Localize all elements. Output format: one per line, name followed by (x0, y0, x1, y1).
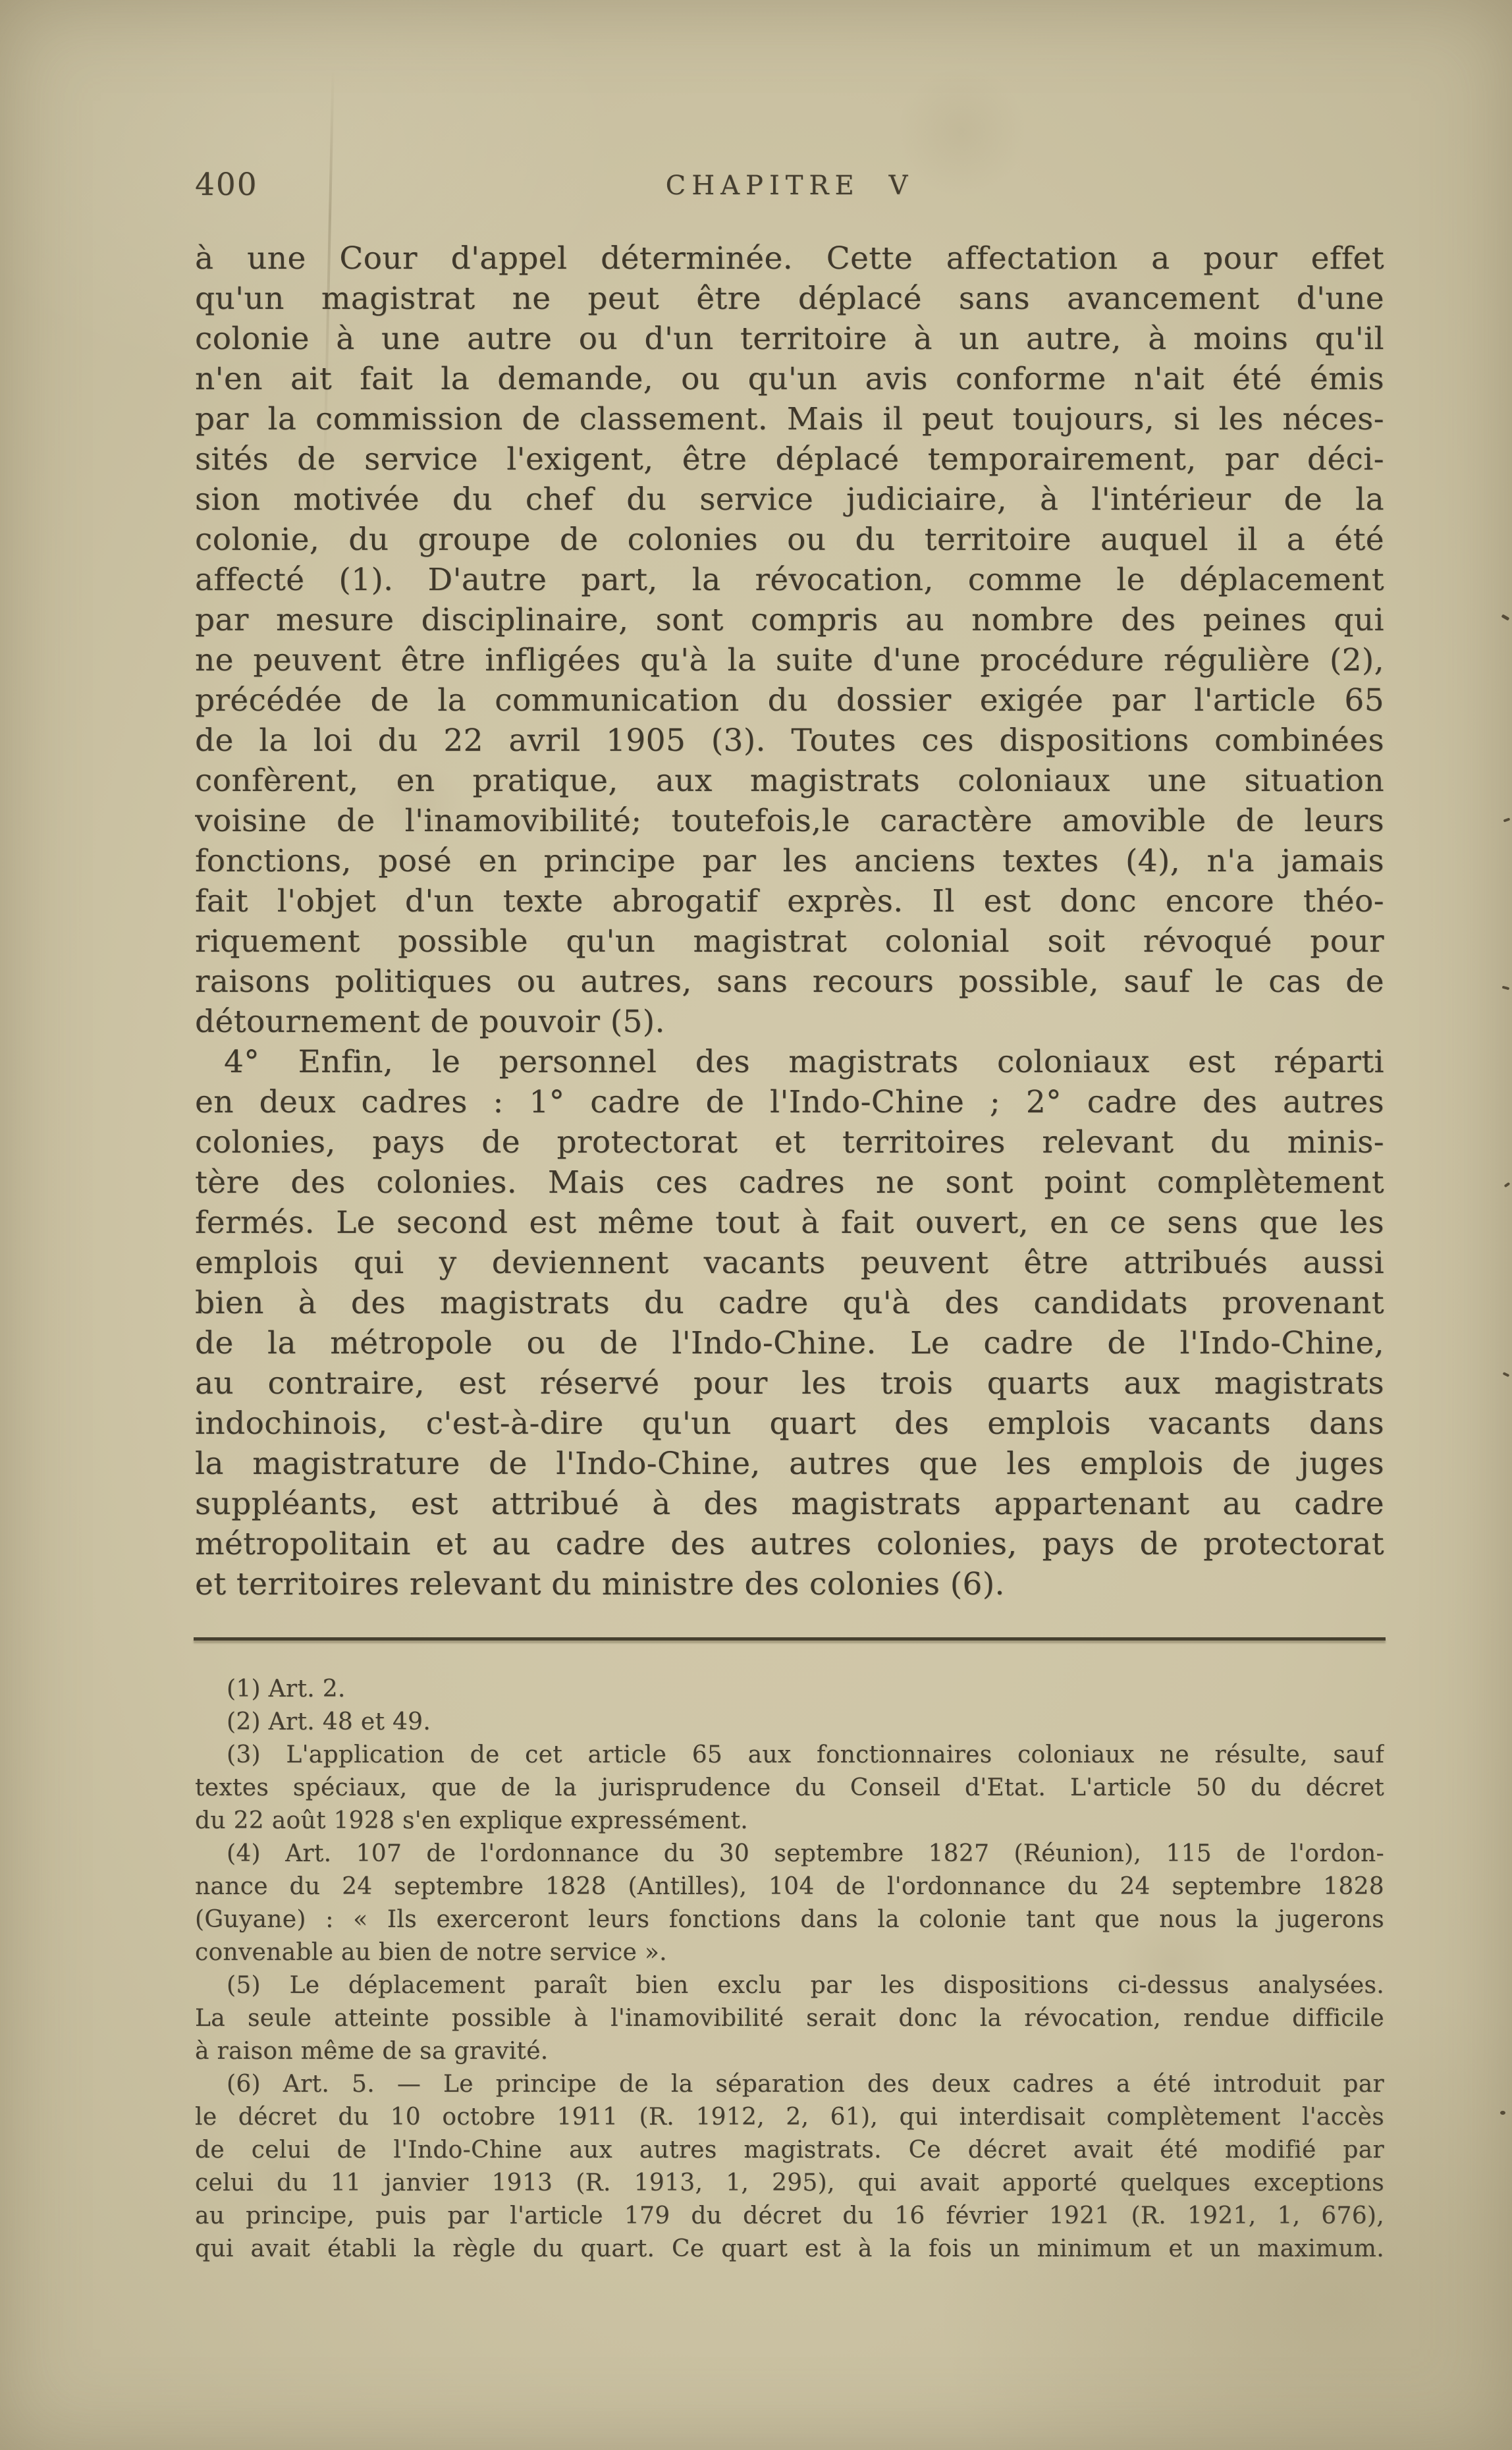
text-line: 4° Enfin, le personnel des magistrats co… (195, 1042, 1384, 1082)
footnotes-list: (1) Art. 2.(2) Art. 48 et 49.(3) L'appli… (195, 1673, 1384, 2266)
scan-speck (1502, 986, 1510, 991)
text-line: (2) Art. 48 et 49. (195, 1706, 1384, 1739)
text-line: fermés. Le second est même tout à fait o… (195, 1203, 1384, 1243)
text-line: qui avait établi la règle du quart. Ce q… (195, 2233, 1384, 2266)
text-line: riquement possible qu'un magistrat colon… (195, 921, 1384, 962)
text-line: de celui de l'Indo-Chine aux autres magi… (195, 2134, 1384, 2167)
text-line: au principe, puis par l'article 179 du d… (195, 2200, 1384, 2233)
text-line: colonie, du groupe de colonies ou du ter… (195, 520, 1384, 560)
text-line: fonctions, posé en principe par les anci… (195, 841, 1384, 881)
text-line: n'en ait fait la demande, ou qu'un avis … (195, 359, 1384, 399)
text-line: le décret du 10 octobre 1911 (R. 1912, 2… (195, 2101, 1384, 2134)
scan-speck (1504, 1182, 1511, 1187)
text-line: celui du 11 janvier 1913 (R. 1913, 1, 29… (195, 2167, 1384, 2200)
text-line: suppléants, est attribué à des magistrat… (195, 1484, 1384, 1524)
paragraph: (4) Art. 107 de l'ordonnance du 30 septe… (195, 1837, 1384, 1969)
paragraph: (3) L'application de cet article 65 aux … (195, 1739, 1384, 1837)
text-line: détournement de pouvoir (5). (195, 1002, 1384, 1042)
text-line: textes spéciaux, que de la jurisprudence… (195, 1772, 1384, 1805)
text-line: bien à des magistrats du cadre qu'à des … (195, 1283, 1384, 1323)
paragraph: (6) Art. 5. — Le principe de la séparati… (195, 2068, 1384, 2266)
text-line: au contraire, est réservé pour les trois… (195, 1363, 1384, 1403)
chapter-title: CHAPITRE V (195, 167, 1384, 204)
scan-speck (1503, 1372, 1510, 1377)
paragraph: (5) Le déplacement paraît bien exclu par… (195, 1969, 1384, 2068)
body-text: à une Cour d'appel déterminée. Cette aff… (195, 238, 1384, 1604)
text-line: sion motivée du chef du service judiciai… (195, 479, 1384, 520)
book-page: 400 CHAPITRE V à une Cour d'appel déterm… (0, 0, 1512, 2450)
text-line: convenable au bien de notre service ». (195, 1936, 1384, 1969)
scan-speck (1500, 2111, 1505, 2115)
text-line: tère des colonies. Mais ces cadres ne so… (195, 1162, 1384, 1203)
text-line: nance du 24 septembre 1828 (Antilles), 1… (195, 1870, 1384, 1903)
text-line: la magistrature de l'Indo-Chine, autres … (195, 1444, 1384, 1484)
text-line: et territoires relevant du ministre des … (195, 1564, 1384, 1604)
text-line: colonie à une autre ou d'un territoire à… (195, 319, 1384, 359)
text-line: du 22 août 1928 s'en explique expresséme… (195, 1805, 1384, 1837)
text-line: ne peuvent être infligées qu'à la suite … (195, 640, 1384, 680)
text-line: raisons politiques ou autres, sans recou… (195, 962, 1384, 1002)
text-line: (5) Le déplacement paraît bien exclu par… (195, 1969, 1384, 2002)
text-line: de la loi du 22 avril 1905 (3). Toutes c… (195, 721, 1384, 761)
text-line: de la métropole ou de l'Indo-Chine. Le c… (195, 1323, 1384, 1363)
text-line: (6) Art. 5. — Le principe de la séparati… (195, 2068, 1384, 2101)
text-line: à une Cour d'appel déterminée. Cette aff… (195, 238, 1384, 279)
text-line: précédée de la communication du dossier … (195, 680, 1384, 721)
text-line: à raison même de sa gravité. (195, 2035, 1384, 2068)
paragraph: 4° Enfin, le personnel des magistrats co… (195, 1042, 1384, 1604)
text-line: (1) Art. 2. (195, 1673, 1384, 1706)
text-line: indochinois, c'est-à-dire qu'un quart de… (195, 1403, 1384, 1444)
text-line: La seule atteinte possible à l'inamovibi… (195, 2002, 1384, 2035)
scan-speck (1503, 817, 1511, 822)
text-line: qu'un magistrat ne peut être déplacé san… (195, 279, 1384, 319)
text-line: (4) Art. 107 de l'ordonnance du 30 septe… (195, 1837, 1384, 1870)
paragraph: (1) Art. 2. (195, 1673, 1384, 1706)
paragraph: (2) Art. 48 et 49. (195, 1706, 1384, 1739)
page-header: 400 CHAPITRE V (195, 165, 1384, 205)
text-line: affecté (1). D'autre part, la révocation… (195, 560, 1384, 600)
text-line: confèrent, en pratique, aux magistrats c… (195, 761, 1384, 801)
text-line: en deux cadres : 1° cadre de l'Indo-Chin… (195, 1082, 1384, 1122)
paragraph: à une Cour d'appel déterminée. Cette aff… (195, 238, 1384, 1042)
footnote-separator-rule (194, 1637, 1386, 1641)
text-line: (Guyane) : « Ils exerceront leurs foncti… (195, 1903, 1384, 1936)
text-line: colonies, pays de protectorat et territo… (195, 1122, 1384, 1162)
text-line: voisine de l'inamovibilité; toutefois,le… (195, 801, 1384, 841)
text-line: sités de service l'exigent, être déplacé… (195, 439, 1384, 479)
text-line: emplois qui y deviennent vacants peuvent… (195, 1243, 1384, 1283)
text-line: métropolitain et au cadre des autres col… (195, 1524, 1384, 1564)
scan-speck (1501, 614, 1510, 620)
text-line: par mesure disciplinaire, sont compris a… (195, 600, 1384, 640)
text-line: (3) L'application de cet article 65 aux … (195, 1739, 1384, 1772)
text-line: fait l'objet d'un texte abrogatif exprès… (195, 881, 1384, 921)
text-line: par la commission de classement. Mais il… (195, 399, 1384, 439)
